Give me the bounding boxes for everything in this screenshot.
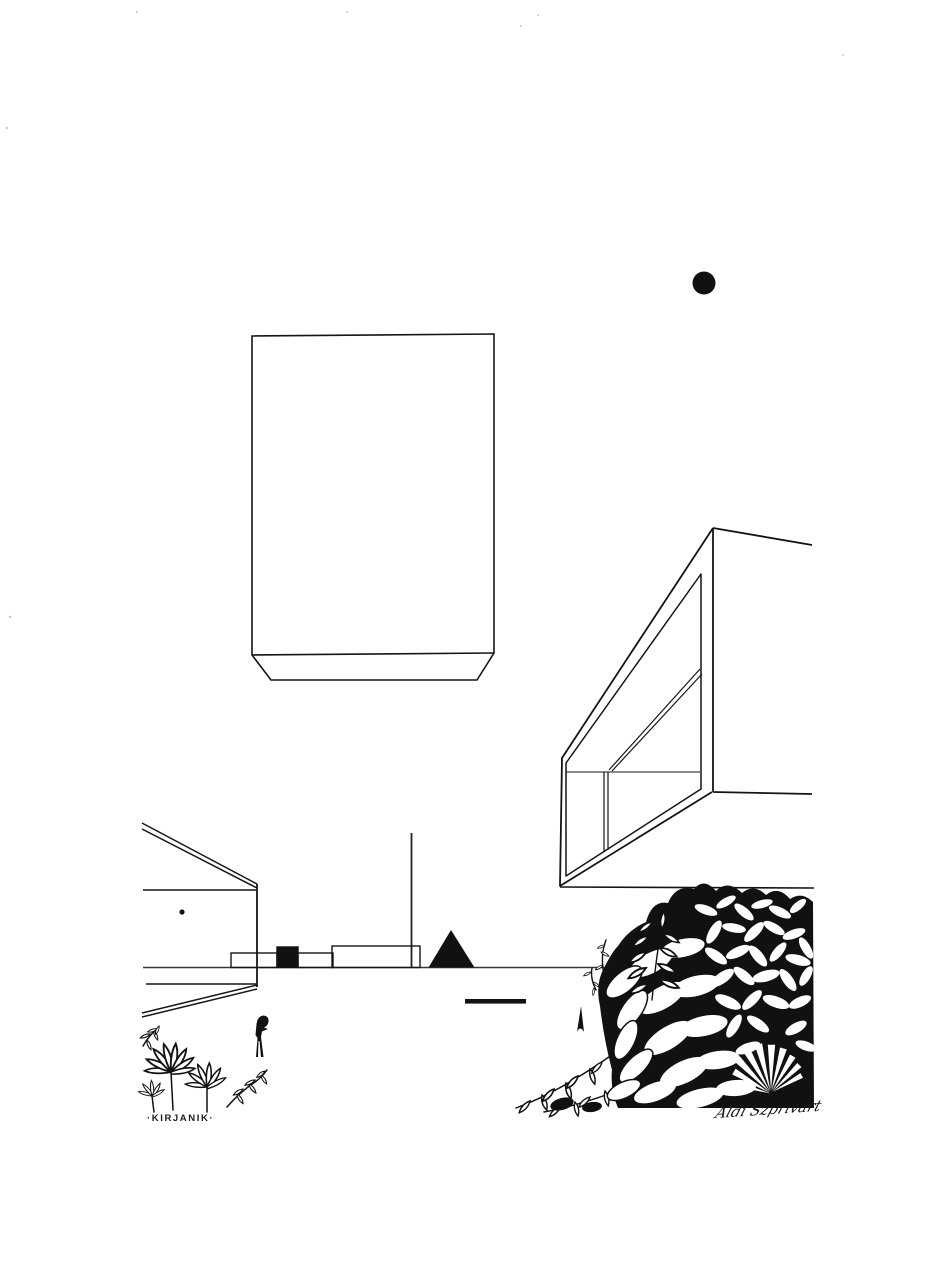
left-garden-plants [138, 1026, 268, 1112]
pavilion-roof-edge [713, 528, 812, 545]
pavilion-base-line [560, 887, 814, 888]
fan-flower-small [138, 1080, 165, 1097]
black-cube [277, 947, 298, 968]
pavilion-building [560, 528, 814, 888]
plinth-middle [298, 953, 333, 968]
fan-flower-medium [185, 1063, 227, 1089]
tiny-sprout [577, 1006, 584, 1032]
left-building-dot [179, 909, 184, 914]
window-mullion-vertical [604, 772, 608, 852]
person-figure [256, 1016, 269, 1058]
plinth-row [231, 946, 420, 968]
path-marker-bar [465, 999, 526, 1004]
black-pyramid [429, 930, 475, 968]
pavilion-left-wall [560, 528, 713, 886]
left-building [142, 823, 257, 1017]
pavilion-bottom-right-edge [713, 792, 812, 794]
sprig-top-left [140, 1026, 160, 1051]
line-drawing [0, 0, 945, 1280]
left-building-roof [142, 823, 257, 888]
plinth-left [231, 953, 277, 968]
fan-flower-large [144, 1043, 195, 1074]
plinth-long [332, 946, 420, 968]
monolith-building [252, 334, 494, 680]
illustration-canvas: ·KIRJANIK· Aldi Szprivart [0, 0, 945, 1280]
sun-disc [693, 272, 716, 295]
left-building-base [142, 985, 257, 1017]
sprig-right [227, 1069, 268, 1107]
paper-specks [6, 11, 844, 618]
pavilion-window [566, 574, 702, 876]
foliage-bush [549, 883, 818, 1113]
artist-caption: ·KIRJANIK· [147, 1113, 214, 1124]
